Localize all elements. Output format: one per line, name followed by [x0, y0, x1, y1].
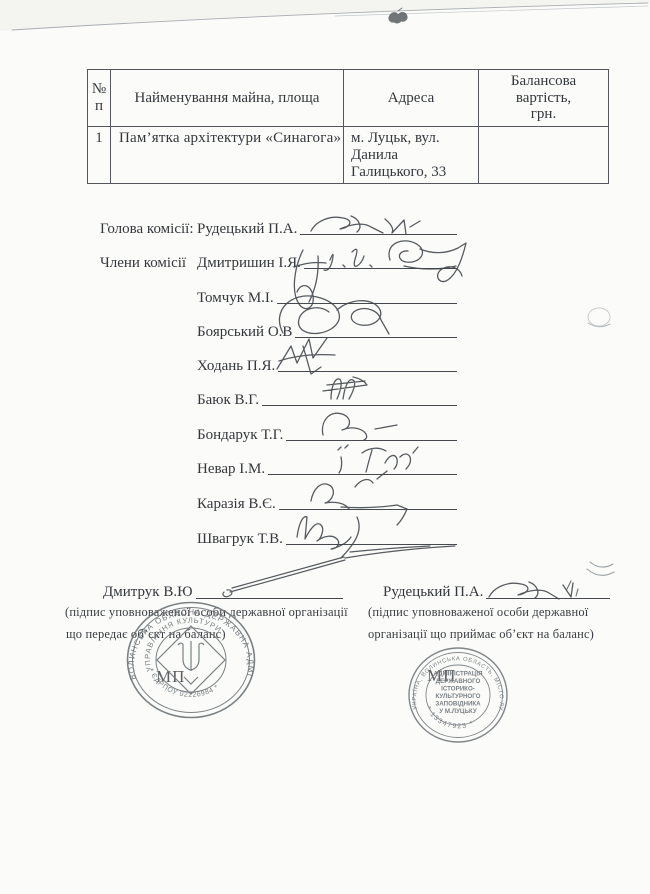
cell-value	[479, 127, 609, 184]
role-label: Голова комісії:	[100, 221, 197, 238]
stamp-center-line: ІСТОРИКО-	[441, 686, 475, 693]
member-name: Швагрук Т.В.	[197, 531, 286, 548]
scan-artifact-circle	[588, 308, 610, 326]
member-name: Невар І.М.	[197, 461, 268, 478]
table-header-row: № п Найменування майна, площа Адреса Бал…	[88, 70, 609, 127]
mp-mark-right: МП	[427, 666, 456, 686]
header-cell-num: № п	[88, 70, 111, 127]
header-cell-address: Адреса	[344, 70, 479, 127]
role-label: Члени комісії	[100, 255, 197, 272]
receiver-caption-1: (підпис уповноваженої особи державної	[368, 605, 588, 620]
signature-line	[295, 336, 457, 338]
commission-row-member: Швагрук Т.В.	[100, 524, 457, 548]
receiver-caption-2: організації що приймає об’єкт на баланс)	[368, 627, 594, 642]
member-name: Ходань П.Я.	[197, 358, 278, 375]
signature-line	[278, 370, 457, 372]
header-cell-value: Балансова вартість, грн.	[479, 70, 609, 127]
transferor-row: Дмитрук В.Ю	[103, 579, 343, 601]
member-name: Каразія В.Є.	[197, 496, 279, 513]
property-table: № п Найменування майна, площа Адреса Бал…	[87, 69, 609, 184]
scan-artifact-arc	[588, 323, 610, 327]
transferor-caption-2: що передає об’єкт на баланс)	[66, 627, 226, 642]
stamp-center-line: У М.ЛУЦЬКУ	[439, 708, 477, 715]
signature-line	[196, 597, 343, 599]
commission-row-member: Каразія В.Є.	[100, 489, 457, 513]
signature-line	[304, 267, 457, 269]
mp-mark-left: МП	[156, 667, 185, 687]
member-name: Рудецький П.А.	[197, 221, 300, 238]
stamp-inner-top-text: УПРАВЛІННЯ КУЛЬТУРИ	[143, 616, 224, 673]
commission-row-member: Бондарук Т.Г.	[100, 420, 457, 444]
cell-address: м. Луцьк, вул. Данила Галицького, 33	[344, 127, 479, 184]
scan-artifact-curves	[587, 562, 614, 575]
member-name: Баюк В.Г.	[197, 392, 262, 409]
cell-num: 1	[88, 127, 111, 184]
signature-line	[486, 597, 610, 599]
scan-edge-shade	[0, 0, 650, 31]
signature-line	[268, 473, 457, 475]
stamp-center-line: КУЛЬТУРНОГО	[436, 693, 481, 700]
member-name: Бондарук Т.Г.	[197, 427, 286, 444]
transferor-name: Дмитрук В.Ю	[103, 584, 196, 601]
ink-smudge	[389, 8, 407, 23]
signature-line	[277, 302, 457, 304]
receiver-row: Рудецький П.А.	[383, 579, 610, 601]
table-row: 1 Пам’ятка архітектури «Синагога» м. Луц…	[88, 127, 609, 184]
receiver-name: Рудецький П.А.	[383, 584, 486, 601]
header-cell-name: Найменування майна, площа	[111, 70, 344, 127]
commission-row-head: Голова комісії: Рудецький П.А.	[100, 214, 457, 238]
commission-row-member: Невар І.М.	[100, 454, 457, 478]
stamp-center-line: ЗАПОВІДНИКА	[435, 701, 481, 708]
svg-text:* 13347923 *: * 13347923 *	[424, 706, 475, 731]
member-name: Томчук М.І.	[197, 290, 277, 307]
signature-line	[262, 404, 457, 406]
signature-line	[279, 508, 457, 510]
signature-line	[286, 439, 457, 441]
scan-edge-line	[12, 3, 648, 30]
commission-row-member: Томчук М.І.	[100, 283, 457, 307]
member-name: Боярський О.В	[197, 324, 295, 341]
signature-line	[300, 233, 457, 235]
transferor-caption-1: (підпис уповноваженої особи державної ор…	[65, 605, 348, 620]
scan-edge-line-2	[335, 6, 648, 16]
commission-row-member: Ходань П.Я.	[100, 351, 457, 375]
cell-name: Пам’ятка архітектури «Синагога»	[111, 127, 344, 184]
stamp-number-text: * 13347923 *	[424, 706, 475, 731]
member-name: Дмитришин І.Я.	[197, 255, 304, 272]
stamp-outer-ring	[409, 648, 507, 742]
commission-row-member: Боярський О.В	[100, 317, 457, 341]
scanned-document-page: № п Найменування майна, площа Адреса Бал…	[0, 0, 650, 894]
stamp-reserve-administration: АДМІНІСТРАЦІЯ ДЕРЖАВНОГО ІСТОРИКО- КУЛЬТ…	[406, 645, 510, 745]
commission-row-member: Баюк В.Г.	[100, 385, 457, 409]
signature-line	[286, 543, 457, 545]
commission-row-member: Члени комісії Дмитришин І.Я.	[100, 248, 457, 272]
svg-text:УПРАВЛІННЯ КУЛЬТУРИ: УПРАВЛІННЯ КУЛЬТУРИ	[143, 616, 224, 673]
